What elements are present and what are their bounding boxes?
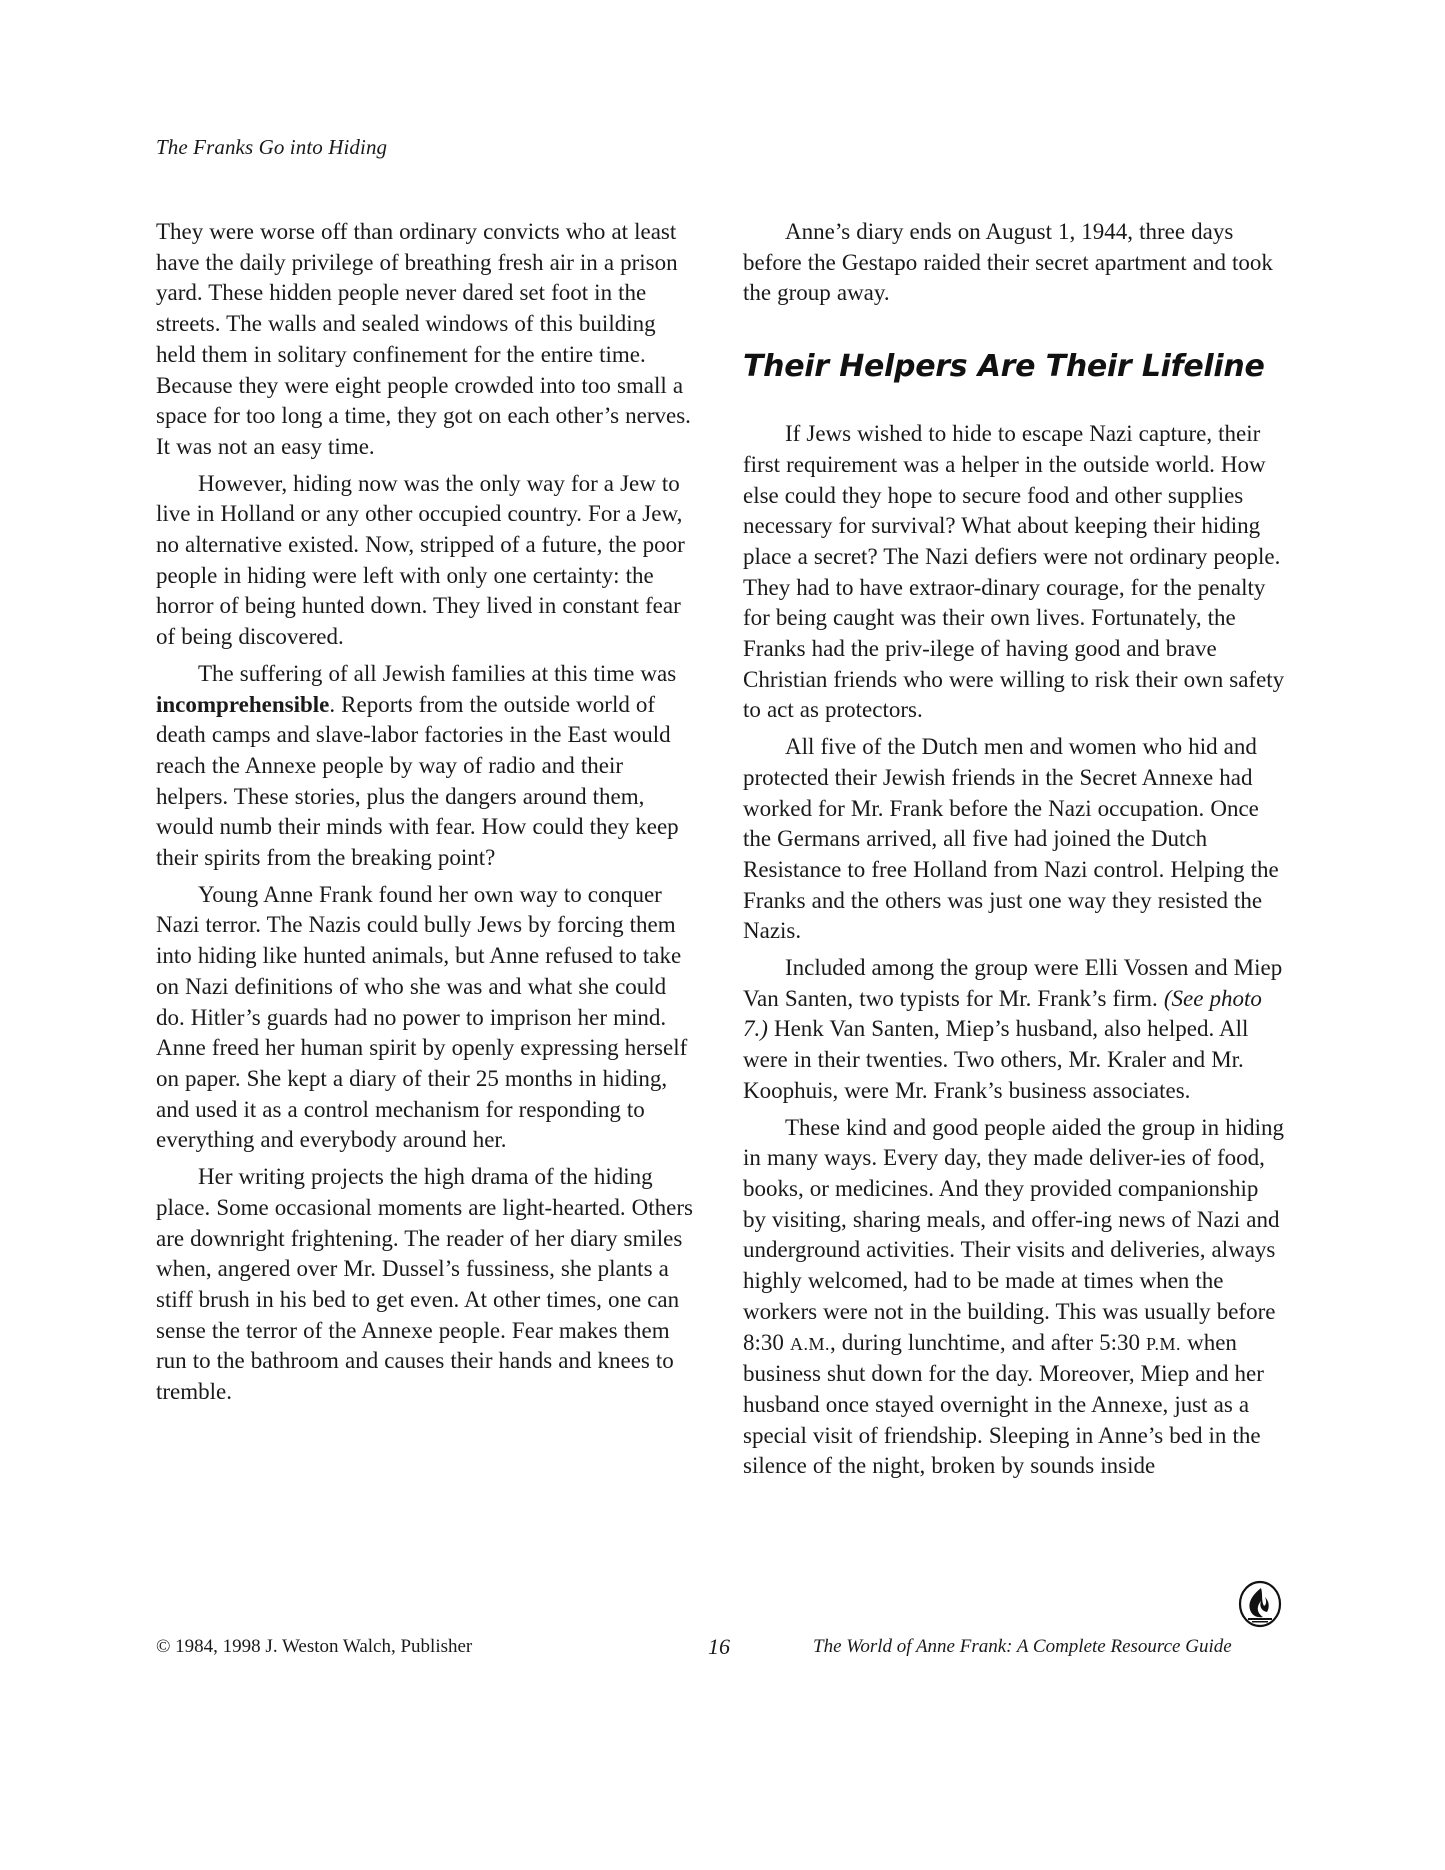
p5-text-a: These kind and good people aided the gro… bbox=[743, 1115, 1284, 1355]
right-paragraph-4: Included among the group were Elli Vosse… bbox=[743, 953, 1286, 1107]
left-paragraph-5: Her writing projects the high drama of t… bbox=[156, 1162, 696, 1408]
left-paragraph-1: They were worse off than ordinary convic… bbox=[156, 217, 696, 463]
running-head-title: The Franks Go into Hiding bbox=[156, 135, 387, 160]
left-paragraph-2: However, hiding now was the only way for… bbox=[156, 469, 696, 653]
page-number: 16 bbox=[708, 1634, 730, 1660]
right-paragraph-5: These kind and good people aided the gro… bbox=[743, 1113, 1286, 1482]
flame-logo-icon bbox=[1237, 1580, 1283, 1630]
copyright-notice: © 1984, 1998 J. Weston Walch, Publisher bbox=[156, 1636, 472, 1658]
right-paragraph-2: If Jews wished to hide to escape Nazi ca… bbox=[743, 419, 1286, 726]
p4-text-after: Henk Van Santen, Miep’s husband, also he… bbox=[743, 1016, 1248, 1102]
p5-text-b: , during lunchtime, and after 5:30 bbox=[830, 1330, 1146, 1355]
left-paragraph-3: The suffering of all Jewish families at … bbox=[156, 659, 696, 874]
right-column: Anne’s diary ends on August 1, 1944, thr… bbox=[743, 217, 1286, 1488]
right-paragraph-3: All five of the Dutch men and women who … bbox=[743, 732, 1286, 947]
time-pm: P.M. bbox=[1146, 1334, 1181, 1354]
bold-term-incomprehensible: incomprehensible bbox=[156, 692, 329, 717]
section-heading: Their Helpers Are Their Lifeline bbox=[743, 349, 1286, 385]
book-title: The World of Anne Frank: A Complete Reso… bbox=[813, 1636, 1232, 1658]
left-column: They were worse off than ordinary convic… bbox=[156, 217, 696, 1414]
time-am: A.M. bbox=[790, 1334, 830, 1354]
left-paragraph-4: Young Anne Frank found her own way to co… bbox=[156, 880, 696, 1156]
p3-text-before: The suffering of all Jewish families at … bbox=[198, 661, 676, 686]
right-paragraph-1: Anne’s diary ends on August 1, 1944, thr… bbox=[743, 217, 1286, 309]
p3-text-after: . Reports from the outside world of deat… bbox=[156, 692, 679, 871]
